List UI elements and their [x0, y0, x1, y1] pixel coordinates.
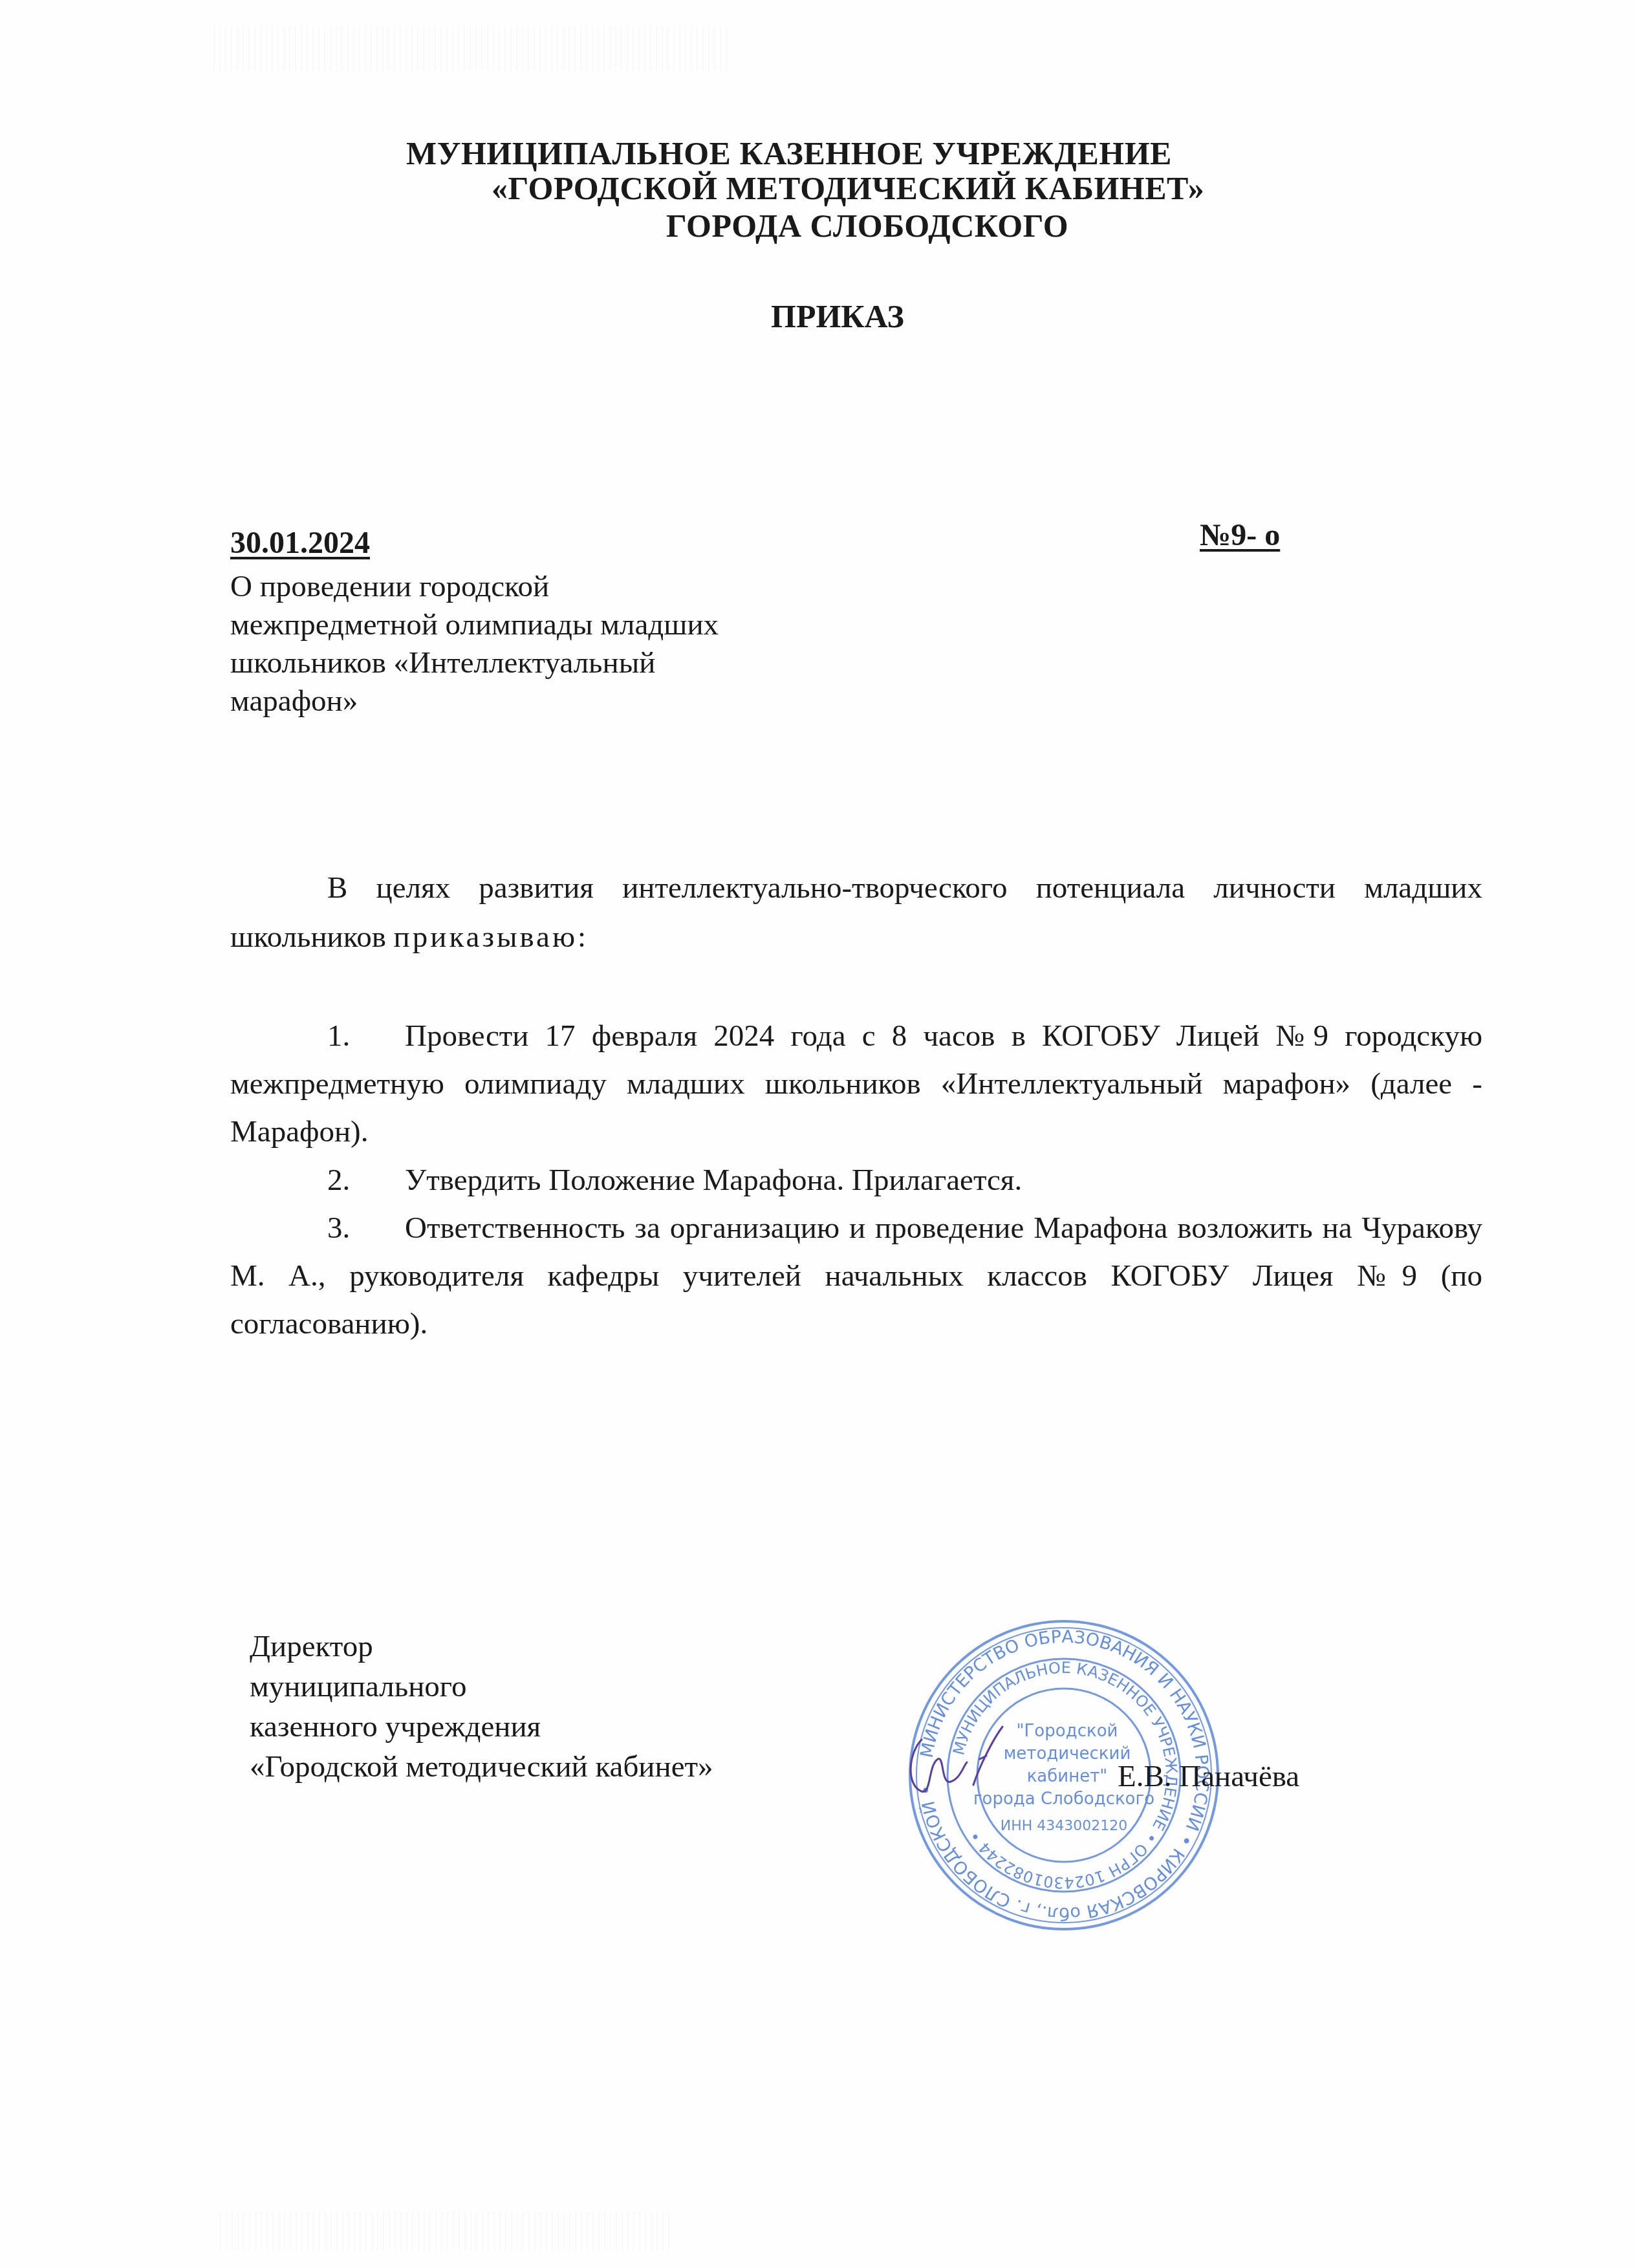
scan-artifact-bottom	[220, 2212, 673, 2251]
order-word: приказываю	[394, 920, 578, 954]
item-number: 1.	[327, 1012, 405, 1060]
item-number: 3.	[327, 1204, 405, 1252]
header-line-1: МУНИЦИПАЛЬНОЕ КАЗЕННОЕ УЧРЕЖДЕНИЕ	[406, 135, 1312, 172]
handwritten-signature-icon	[902, 1720, 1057, 1798]
scan-artifact-top	[213, 26, 731, 71]
subject-line: марафон»	[230, 682, 877, 720]
order-item-1: 1.Провести 17 февраля 2024 года с 8 часо…	[230, 1012, 1482, 1156]
stamp-inn: ИНН 4343002120	[1001, 1818, 1128, 1834]
position-line: «Городской методический кабинет»	[250, 1747, 713, 1787]
intro-suffix: :	[578, 920, 586, 954]
order-item-2: 2.Утвердить Положение Марафона. Прилагае…	[230, 1156, 1482, 1204]
document-title: ПРИКАЗ	[771, 297, 904, 335]
item-number: 2.	[327, 1156, 405, 1204]
subject-line: межпредметной олимпиады младших	[230, 606, 877, 644]
signer-name: Е.В. Паначёва	[1118, 1759, 1299, 1794]
signatory-position: Директор муниципального казенного учрежд…	[250, 1626, 713, 1787]
subject-line: школьников «Интеллектуальный	[230, 644, 877, 682]
scanned-page: МУНИЦИПАЛЬНОЕ КАЗЕННОЕ УЧРЕЖДЕНИЕ «ГОРОД…	[0, 0, 1635, 2268]
item-text: Утвердить Положение Марафона. Прилагаетс…	[405, 1163, 1022, 1197]
order-number: №9- о	[1200, 517, 1280, 553]
header-line-3: ГОРОДА СЛОБОДСКОГО	[666, 207, 1184, 244]
position-line: муниципального	[250, 1667, 713, 1707]
item-text: Ответственность за организацию и проведе…	[230, 1211, 1482, 1341]
order-subject: О проведении городской межпредметной оли…	[230, 568, 877, 720]
order-date: 30.01.2024	[230, 525, 370, 561]
position-line: казенного учреждения	[250, 1707, 713, 1747]
header-line-2: «ГОРОДСКОЙ МЕТОДИЧЕСКИЙ КАБИНЕТ»	[492, 169, 1462, 207]
position-line: Директор	[250, 1626, 713, 1667]
item-text: Провести 17 февраля 2024 года с 8 часов …	[230, 1019, 1482, 1149]
intro-paragraph: В целях развития интеллектуально-творчес…	[230, 863, 1482, 962]
subject-line: О проведении городской	[230, 568, 877, 606]
order-item-3: 3.Ответственность за организацию и прове…	[230, 1204, 1482, 1348]
